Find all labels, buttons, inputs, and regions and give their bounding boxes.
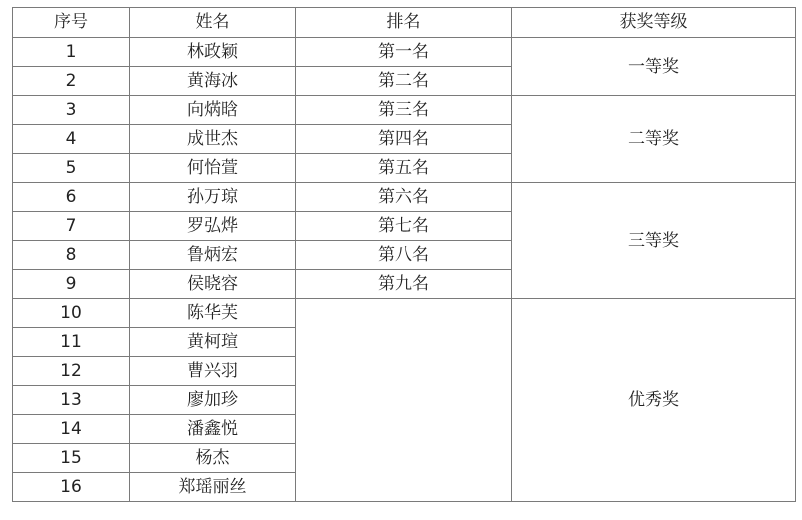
cell-no: 11 [13, 328, 130, 357]
cell-no: 5 [13, 154, 130, 183]
cell-no: 4 [13, 125, 130, 154]
cell-rank: 第五名 [296, 154, 512, 183]
cell-no: 14 [13, 415, 130, 444]
cell-no: 2 [13, 67, 130, 96]
cell-name: 鲁炳宏 [130, 241, 296, 270]
table-row: 10 陈华芙 优秀奖 [13, 299, 796, 328]
cell-name: 曹兴羽 [130, 357, 296, 386]
cell-no: 6 [13, 183, 130, 212]
cell-no: 7 [13, 212, 130, 241]
cell-no: 15 [13, 444, 130, 473]
cell-name: 侯晓容 [130, 270, 296, 299]
cell-name: 向焫晗 [130, 96, 296, 125]
cell-name: 罗弘烨 [130, 212, 296, 241]
award-table-container: 序号 姓名 排名 获奖等级 1 林政颖 第一名 一等奖 2 黄海冰 第二名 3 … [12, 7, 796, 502]
cell-name: 林政颖 [130, 38, 296, 67]
cell-no: 8 [13, 241, 130, 270]
cell-rank: 第四名 [296, 125, 512, 154]
cell-award-level-excellence: 优秀奖 [512, 299, 796, 502]
cell-rank: 第二名 [296, 67, 512, 96]
cell-name: 廖加珍 [130, 386, 296, 415]
cell-name: 陈华芙 [130, 299, 296, 328]
cell-rank: 第八名 [296, 241, 512, 270]
cell-no: 9 [13, 270, 130, 299]
cell-rank: 第一名 [296, 38, 512, 67]
table-row: 3 向焫晗 第三名 二等奖 [13, 96, 796, 125]
cell-no: 3 [13, 96, 130, 125]
cell-name: 孙万琼 [130, 183, 296, 212]
cell-no: 12 [13, 357, 130, 386]
header-row: 序号 姓名 排名 获奖等级 [13, 8, 796, 38]
cell-name: 潘鑫悦 [130, 415, 296, 444]
cell-rank: 第三名 [296, 96, 512, 125]
cell-no: 10 [13, 299, 130, 328]
cell-no: 16 [13, 473, 130, 502]
award-table: 序号 姓名 排名 获奖等级 1 林政颖 第一名 一等奖 2 黄海冰 第二名 3 … [12, 7, 796, 502]
cell-name: 杨杰 [130, 444, 296, 473]
cell-award-level-third: 三等奖 [512, 183, 796, 299]
cell-name: 黄柯瑄 [130, 328, 296, 357]
table-row: 1 林政颖 第一名 一等奖 [13, 38, 796, 67]
cell-award-level-first: 一等奖 [512, 38, 796, 96]
table-row: 6 孙万琼 第六名 三等奖 [13, 183, 796, 212]
header-name: 姓名 [130, 8, 296, 38]
cell-no: 13 [13, 386, 130, 415]
cell-name: 郑瑶丽丝 [130, 473, 296, 502]
header-rank: 排名 [296, 8, 512, 38]
header-award-level: 获奖等级 [512, 8, 796, 38]
cell-name: 成世杰 [130, 125, 296, 154]
cell-rank: 第九名 [296, 270, 512, 299]
cell-no: 1 [13, 38, 130, 67]
cell-award-level-second: 二等奖 [512, 96, 796, 183]
header-no: 序号 [13, 8, 130, 38]
cell-rank: 第六名 [296, 183, 512, 212]
cell-name: 黄海冰 [130, 67, 296, 96]
cell-rank: 第七名 [296, 212, 512, 241]
cell-name: 何怡萱 [130, 154, 296, 183]
cell-rank-empty [296, 299, 512, 502]
